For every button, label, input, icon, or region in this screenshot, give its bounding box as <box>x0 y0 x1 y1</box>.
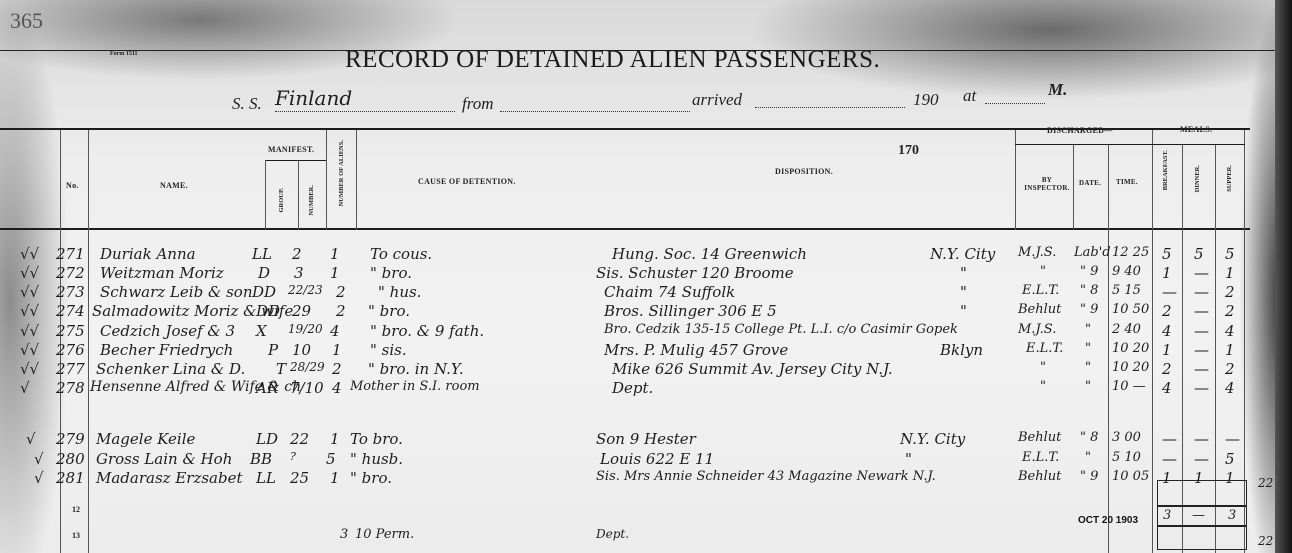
supper-count: — <box>1225 430 1240 448</box>
breakfast-count: 2 <box>1162 360 1172 378</box>
from-label: from <box>462 94 494 114</box>
meridiem-label: M. <box>1048 80 1067 100</box>
supper-count: 4 <box>1225 322 1235 340</box>
supper-count: 2 <box>1225 360 1235 378</box>
table-row: √ 281 Madarasz Erzsabet LL 25 1 " bro. S… <box>0 469 1292 488</box>
discharge-time: 10 — <box>1112 379 1146 394</box>
supper-count: 4 <box>1225 379 1235 397</box>
disposition-place: " <box>960 302 967 320</box>
inspector: " <box>1040 360 1046 375</box>
arrived-label: arrived <box>692 90 742 110</box>
year-label: 190 <box>913 90 939 110</box>
manifest-group: DD <box>256 302 280 320</box>
number-of-aliens: 2 <box>336 302 346 320</box>
discharge-date: " 9 <box>1080 264 1098 279</box>
discharge-date: " <box>1085 322 1091 337</box>
disposition: Mike 626 Summit Av. Jersey City N.J. <box>612 360 893 378</box>
col-time: TIME. <box>1116 178 1138 186</box>
col-breakfast: BREAKFAST. <box>1162 150 1169 190</box>
manifest-group: AR <box>256 379 278 397</box>
inspector: Behlut <box>1018 302 1061 317</box>
col-manifest: MANIFEST. <box>268 145 314 154</box>
number-of-aliens: 1 <box>330 264 340 282</box>
check-marks: √√ <box>20 264 39 282</box>
page-title: RECORD OF DETAINED ALIEN PASSENGERS. <box>345 46 880 74</box>
table-row: √√ 273 Schwarz Leib & son DD 22/23 2 " h… <box>0 283 1292 302</box>
inspector: M.J.S. <box>1018 245 1056 260</box>
row-number: 12 <box>72 505 80 514</box>
discharge-time: 10 50 <box>1112 302 1149 317</box>
manifest-number: 29 <box>292 302 311 320</box>
check-marks: √√ <box>20 302 39 320</box>
disposition-place: " <box>960 264 967 282</box>
breakfast-count: 2 <box>1162 302 1172 320</box>
totals-box-top <box>1157 480 1247 506</box>
dinner-count: 5 <box>1194 245 1204 263</box>
breakfast-count: — <box>1162 430 1177 448</box>
col-supper: SUPPER. <box>1226 165 1233 192</box>
table-row: 13 3 10 Perm. Dept. <box>0 527 1292 546</box>
supper-count: 2 <box>1225 283 1235 301</box>
row-number: 13 <box>72 531 80 540</box>
col-meals: MEALS. <box>1180 125 1212 134</box>
manifest-number: ? <box>290 450 296 463</box>
supper-count: 1 <box>1225 341 1235 359</box>
disposition: Bro. Cedzik 135-15 College Pt. L.I. c/o … <box>604 322 958 337</box>
number-of-aliens: 3 <box>340 527 348 542</box>
col-group: GROUP. <box>278 188 285 213</box>
manifest-group: LD <box>256 430 278 448</box>
passenger-name: Madarasz Erzsabet <box>96 469 243 487</box>
row-number: 277 <box>56 360 85 378</box>
inspector: Behlut <box>1018 469 1061 484</box>
table-row: √√ 277 Schenker Lina & D. T 28/29 2 " br… <box>0 360 1292 379</box>
row-number: 278 <box>56 379 85 397</box>
manifest-group: BB <box>250 450 272 468</box>
dinner-count: — <box>1194 322 1209 340</box>
page-number: 170 <box>898 143 919 159</box>
check-marks: √√ <box>20 283 39 301</box>
header-bottom-rule <box>0 228 1250 230</box>
table-row: √ 278 Hensenne Alfred & Wife & ch AR 7/1… <box>0 379 1292 398</box>
row-number: 273 <box>56 283 85 301</box>
cause-of-detention: " hus. <box>378 283 421 301</box>
margin-note-bottom: 22 <box>1258 534 1273 548</box>
corner-mark: 365 <box>10 8 43 34</box>
cause-of-detention: " bro. <box>368 302 410 320</box>
check-marks: √√ <box>20 245 39 263</box>
table-row: √√ 275 Cedzich Josef & 3 X 19/20 4 " bro… <box>0 322 1292 341</box>
discharge-time: 12 25 <box>1112 245 1149 260</box>
discharge-time: 2 40 <box>1112 322 1141 337</box>
passenger-name: Weitzman Moriz <box>100 264 224 282</box>
disposition: Hung. Soc. 14 Greenwich <box>612 245 807 263</box>
discharge-time: 9 40 <box>1112 264 1141 279</box>
discharge-time: 5 10 <box>1112 450 1141 465</box>
supper-count: 1 <box>1225 264 1235 282</box>
cause-of-detention: " bro. in N.Y. <box>368 360 464 378</box>
cause-of-detention: " husb. <box>350 450 403 468</box>
number-of-aliens: 1 <box>332 341 342 359</box>
at-label: at <box>963 86 976 106</box>
manifest-number: 7/10 <box>290 379 324 397</box>
passenger-name: Schwarz Leib & son <box>100 283 252 301</box>
manifest-number: 22/23 <box>288 283 323 297</box>
manifest-number: 22 <box>290 430 309 448</box>
breakfast-count: — <box>1162 450 1177 468</box>
disposition: Mrs. P. Mulig 457 Grove <box>604 341 788 359</box>
inspector: M.J.S. <box>1018 322 1056 337</box>
dinner-count: — <box>1194 283 1209 301</box>
date-stamp: OCT 20 1903 <box>1078 515 1138 526</box>
number-of-aliens: 2 <box>336 283 346 301</box>
inspector: E.L.T. <box>1022 450 1059 465</box>
disposition: Louis 622 E 11 <box>600 450 714 468</box>
manifest-number: 19/20 <box>288 322 323 336</box>
disposition: Sis. Mrs Annie Schneider 43 Magazine New… <box>596 469 936 484</box>
disposition: Sis. Schuster 120 Broome <box>596 264 794 282</box>
total-breakfast: 3 <box>1163 508 1171 523</box>
manifest-group: D <box>258 264 270 282</box>
col-no: No. <box>66 181 79 190</box>
manifest-number: 25 <box>290 469 309 487</box>
col-number: NUMBER. <box>308 185 315 216</box>
disposition-place: N.Y. City <box>900 430 965 448</box>
col-disposition: DISPOSITION. <box>775 167 833 176</box>
total-dinner: — <box>1192 508 1205 523</box>
manifest-group: X <box>256 322 267 340</box>
disposition-place: Bklyn <box>940 341 983 359</box>
passenger-name: Duriak Anna <box>100 245 196 263</box>
breakfast-count: 5 <box>1162 245 1172 263</box>
breakfast-count: 1 <box>1162 341 1172 359</box>
supper-count: 5 <box>1225 245 1235 263</box>
totals-box-bottom <box>1157 526 1247 550</box>
disposition-place: " <box>905 450 912 468</box>
breakfast-count: 1 <box>1162 264 1172 282</box>
manifest-number: 3 <box>294 264 304 282</box>
dinner-count: — <box>1194 360 1209 378</box>
manifest-group: LL <box>252 245 272 263</box>
manifest-group: DD <box>252 283 276 301</box>
discharge-date: Lab'd <box>1074 245 1111 260</box>
dinner-count: — <box>1194 302 1209 320</box>
discharge-time: 10 20 <box>1112 341 1149 356</box>
disposition: Dept. <box>612 379 653 397</box>
page-edge <box>1275 0 1292 553</box>
number-of-aliens: 2 <box>332 360 342 378</box>
dinner-count: — <box>1194 341 1209 359</box>
row-number: 275 <box>56 322 85 340</box>
table-row: √ 279 Magele Keile LD 22 1 To bro. Son 9… <box>0 430 1292 449</box>
cause-of-detention: " bro. & 9 fath. <box>370 322 484 340</box>
number-of-aliens: 1 <box>330 469 340 487</box>
row-number: 272 <box>56 264 85 282</box>
table-row: √√ 271 Duriak Anna LL 2 1 To cous. Hung.… <box>0 245 1292 264</box>
row-number: 281 <box>56 469 85 487</box>
dinner-count: — <box>1194 264 1209 282</box>
breakfast-count: 4 <box>1162 322 1172 340</box>
passenger-name: Becher Friedrych <box>100 341 233 359</box>
manifest-number: 2 <box>292 245 302 263</box>
cause-of-detention: " bro. <box>370 264 412 282</box>
form-number: Form 1511 <box>110 51 138 57</box>
disposition: Bros. Sillinger 306 E 5 <box>604 302 777 320</box>
margin-note-top: 22 <box>1258 476 1273 490</box>
ledger-page: 365 Form 1511 RECORD OF DETAINED ALIEN P… <box>0 0 1292 553</box>
inspector: " <box>1040 379 1046 394</box>
number-of-aliens: 1 <box>330 245 340 263</box>
cause-of-detention: To cous. <box>370 245 432 263</box>
discharge-date: " <box>1085 450 1091 465</box>
col-cause: CAUSE OF DETENTION. <box>418 177 516 186</box>
disposition-place: " <box>960 283 967 301</box>
cause-of-detention: " sis. <box>370 341 407 359</box>
check-marks: √ <box>34 469 44 487</box>
inspector: E.L.T. <box>1022 283 1059 298</box>
passenger-name: Gross Lain & Hoh <box>96 450 232 468</box>
number-of-aliens: 5 <box>326 450 336 468</box>
disposition: Son 9 Hester <box>596 430 696 448</box>
discharge-date: " <box>1085 379 1091 394</box>
discharge-date: " 9 <box>1080 302 1098 317</box>
discharge-date: " 8 <box>1080 430 1098 445</box>
row-number: 271 <box>56 245 85 263</box>
dinner-count: — <box>1194 450 1209 468</box>
passenger-name: Schenker Lina & D. <box>96 360 245 378</box>
inspector: E.L.T. <box>1026 341 1063 356</box>
row-number: 280 <box>56 450 85 468</box>
table-row: √√ 272 Weitzman Moriz D 3 1 " bro. Sis. … <box>0 264 1292 283</box>
supper-count: 5 <box>1225 450 1235 468</box>
passenger-name: Cedzich Josef & 3 <box>100 322 235 340</box>
breakfast-count: 4 <box>1162 379 1172 397</box>
check-marks: √√ <box>20 341 39 359</box>
ship-prefix: S. S. <box>232 94 262 114</box>
passenger-name: Magele Keile <box>96 430 195 448</box>
col-date: DATE. <box>1079 179 1101 187</box>
col-by-inspector: BY INSPECTOR. <box>1022 176 1072 192</box>
discharge-time: 3 00 <box>1112 430 1141 445</box>
cause-of-detention: 10 Perm. <box>355 527 414 542</box>
table-row: √ 280 Gross Lain & Hoh BB ? 5 " husb. Lo… <box>0 450 1292 469</box>
col-name: NAME. <box>160 181 188 190</box>
cause-of-detention: To bro. <box>350 430 403 448</box>
table-row: √√ 274 Salmadowitz Moriz & wife DD 29 2 … <box>0 302 1292 321</box>
col-dinner: DINNER. <box>1194 165 1201 192</box>
discharge-time: 10 20 <box>1112 360 1149 375</box>
number-of-aliens: 4 <box>332 379 342 397</box>
discharge-date: " <box>1085 341 1091 356</box>
discharge-date: " <box>1085 360 1091 375</box>
manifest-group: T <box>276 360 286 378</box>
number-of-aliens: 1 <box>330 430 340 448</box>
check-marks: √√ <box>20 360 39 378</box>
ship-name: Finland <box>275 86 352 110</box>
check-marks: √ <box>20 379 30 397</box>
dinner-count: — <box>1194 379 1209 397</box>
dinner-count: — <box>1194 430 1209 448</box>
check-marks: √√ <box>20 322 39 340</box>
cause-of-detention: Mother in S.I. room <box>350 379 480 394</box>
discharge-time: 10 05 <box>1112 469 1149 484</box>
disposition: Chaim 74 Suffolk <box>604 283 735 301</box>
breakfast-count: — <box>1162 283 1177 301</box>
manifest-group: P <box>268 341 278 359</box>
inspector: Behlut <box>1018 430 1061 445</box>
check-marks: √ <box>34 450 44 468</box>
discharge-time: 5 15 <box>1112 283 1141 298</box>
table-row: √√ 276 Becher Friedrych P 10 1 " sis. Mr… <box>0 341 1292 360</box>
total-supper: 3 <box>1228 508 1236 523</box>
manifest-group: LL <box>256 469 276 487</box>
supper-count: 2 <box>1225 302 1235 320</box>
col-number-of-aliens: NUMBER OF ALIENS. <box>338 140 345 206</box>
check-marks: √ <box>26 430 36 448</box>
manifest-number: 28/29 <box>290 360 325 374</box>
manifest-number: 10 <box>292 341 311 359</box>
row-number: 274 <box>56 302 85 320</box>
row-number: 276 <box>56 341 85 359</box>
disposition: Dept. <box>596 527 629 541</box>
col-discharged: DISCHARGED— <box>1047 126 1113 135</box>
discharge-date: " 8 <box>1080 283 1098 298</box>
inspector: " <box>1040 264 1046 279</box>
row-number: 279 <box>56 430 85 448</box>
number-of-aliens: 4 <box>330 322 340 340</box>
discharge-date: " 9 <box>1080 469 1098 484</box>
disposition-place: N.Y. City <box>930 245 995 263</box>
cause-of-detention: " bro. <box>350 469 392 487</box>
